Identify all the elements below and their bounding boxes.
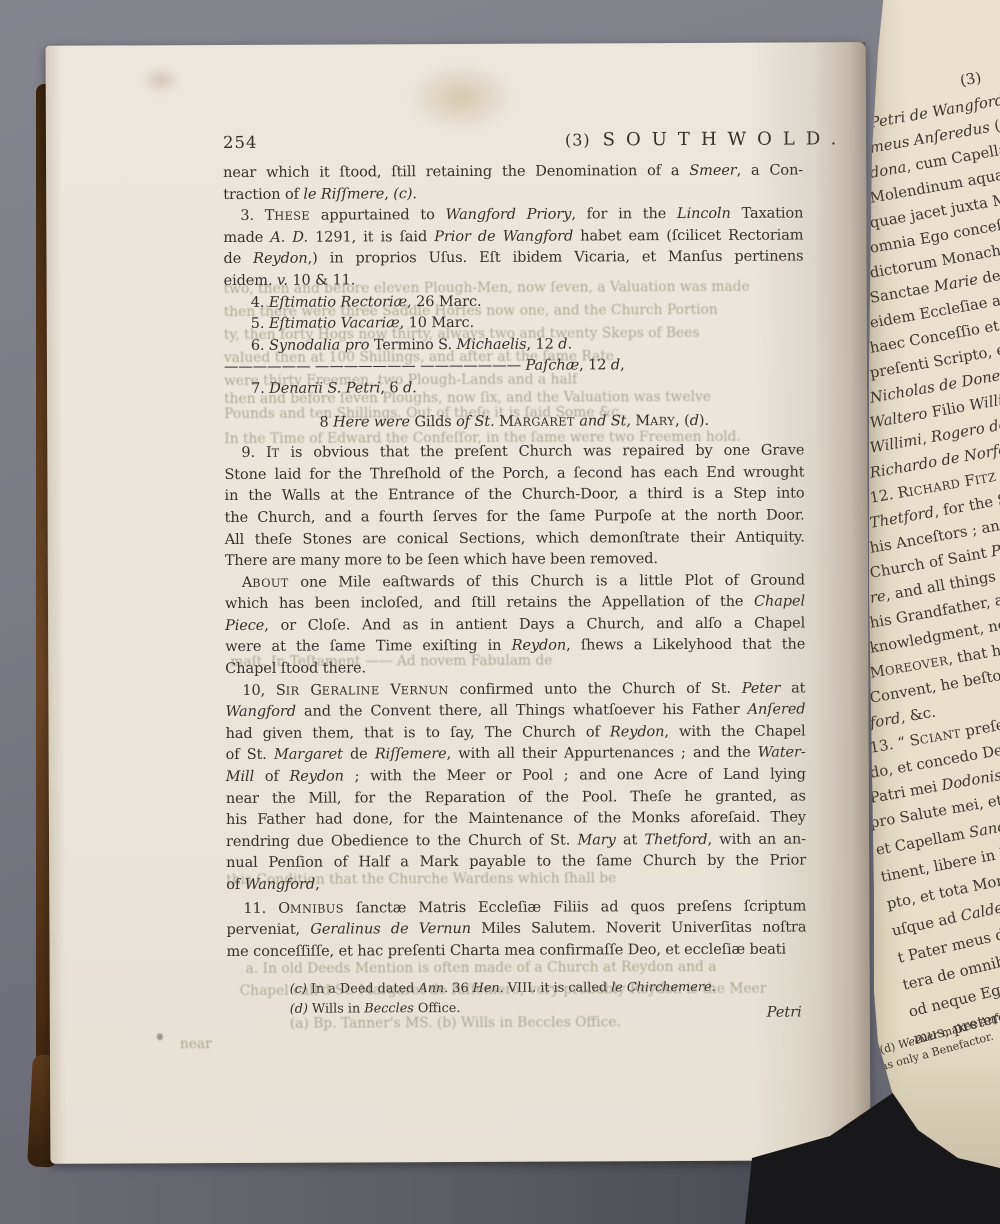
gutter-shade: [751, 42, 871, 1160]
page-number: 254: [223, 133, 258, 152]
text-line: de Reydon,) in proprios Uſus. Eſt ibidem…: [223, 247, 803, 271]
text-line: 8 Here were Gilds of St. MARGARET and St…: [224, 410, 804, 434]
text-line: 11. OMNIBUS ſanctæ Matris Eccleſiæ Filii…: [226, 896, 806, 920]
text-line: There are many more to be ſeen which hav…: [225, 549, 805, 573]
body-text: near which it ſtood, ſtill retaining the…: [223, 160, 806, 963]
text-line: eidem. v. 10 & 11.: [224, 268, 804, 292]
book-photo: two, then and before eleven Plough-Men, …: [0, 0, 1000, 1224]
stain: [406, 62, 516, 132]
show-through-text: two, then and before eleven Plough-Men, …: [46, 42, 866, 46]
right-page: (3) Petri de Wangford, etmeus Anſeredus …: [862, 0, 1000, 1192]
text-line: his Father had done, for the Maintenance…: [226, 808, 806, 832]
ink-speck: [157, 1033, 163, 1040]
text-line: of St. Margaret de Riſſemere, with all t…: [226, 743, 806, 767]
footnotes: (c) In a Deed dated Ann. 36 Hen. VIII. i…: [290, 977, 810, 1020]
left-page: two, then and before eleven Plough-Men, …: [46, 42, 871, 1164]
text-line: of Wangford,: [226, 872, 806, 896]
text-line: 5. Eſtimatio Vacariæ, 10 Marc.: [224, 312, 804, 336]
text-line: Chapel ſtood there.: [225, 657, 805, 681]
text-line: All theſe Stones are conical Sections, w…: [225, 527, 805, 551]
text-line: perveniat, Geralinus de Vernun Miles Sal…: [226, 918, 806, 942]
text-line: near which it ſtood, ſtill retaining the…: [223, 160, 803, 184]
text-line: 4. Eſtimatio Rectoriæ, 26 Marc.: [224, 290, 804, 314]
stain: [141, 65, 181, 95]
text-line: Piece, or Cloſe. And as in antient Days …: [225, 613, 805, 637]
running-header: 254 (3)SOUTHWOLD.: [223, 128, 803, 157]
text-line: Mill of Reydon ; with the Meer or Pool ;…: [226, 765, 806, 789]
text-line: 7. Denarii S. Petri, 6 d.: [224, 376, 804, 400]
text-line: were at the ſame Time exiſting in Reydon…: [225, 635, 805, 659]
footnote-line: (d) Wills in Beccles Office.: [290, 998, 810, 1021]
text-line: traction of le Riſſmere, (c).: [223, 182, 803, 206]
text-line: me conceſſiſſe, et hac preſenti Charta m…: [226, 939, 806, 963]
header-signature: (3): [565, 130, 591, 149]
text-line: nual Penſion of Half a Mark payable to t…: [226, 851, 806, 875]
text-line: near the Mill, for the Reparation of the…: [226, 786, 806, 810]
text-line: which has been incloſed, and ſtill retai…: [225, 592, 805, 616]
text-line: 9. IT is obvious that the preſent Church…: [224, 441, 804, 465]
page-edge-shade: [862, 0, 1000, 1192]
text-line: had given them, that is to ſay, The Chur…: [226, 721, 806, 745]
text-line: the Church, and a fourth ſerves for the …: [225, 505, 805, 529]
text-line: in the Walls at the Entrance of the Chur…: [224, 484, 804, 508]
text-line: rendring due Obedience to the Church of …: [226, 829, 806, 853]
footnote-line: (c) In a Deed dated Ann. 36 Hen. VIII. i…: [290, 977, 810, 1000]
ghost-line: near: [180, 1033, 820, 1052]
text-line: 10, SIR GERALINE VERNUN confirmed unto t…: [225, 678, 805, 702]
text-line: 6. Synodalia pro Termino S. Michaelis, 1…: [224, 333, 804, 357]
text-line: 3. THESE appurtained to Wangford Priory,…: [223, 204, 803, 228]
text-line: Wangford and the Convent there, all Thin…: [225, 700, 805, 724]
text-line: made A. D. 1291, it is ſaid Prior de Wan…: [223, 225, 803, 249]
text-line: —————— ——————— ——————— Paſchæ, 12 d,: [224, 355, 804, 379]
text-line: Stone laid for the Threſhold of the Porc…: [224, 462, 804, 486]
text-line: ABOUT one Mile eaſtwards of this Church …: [225, 570, 805, 594]
